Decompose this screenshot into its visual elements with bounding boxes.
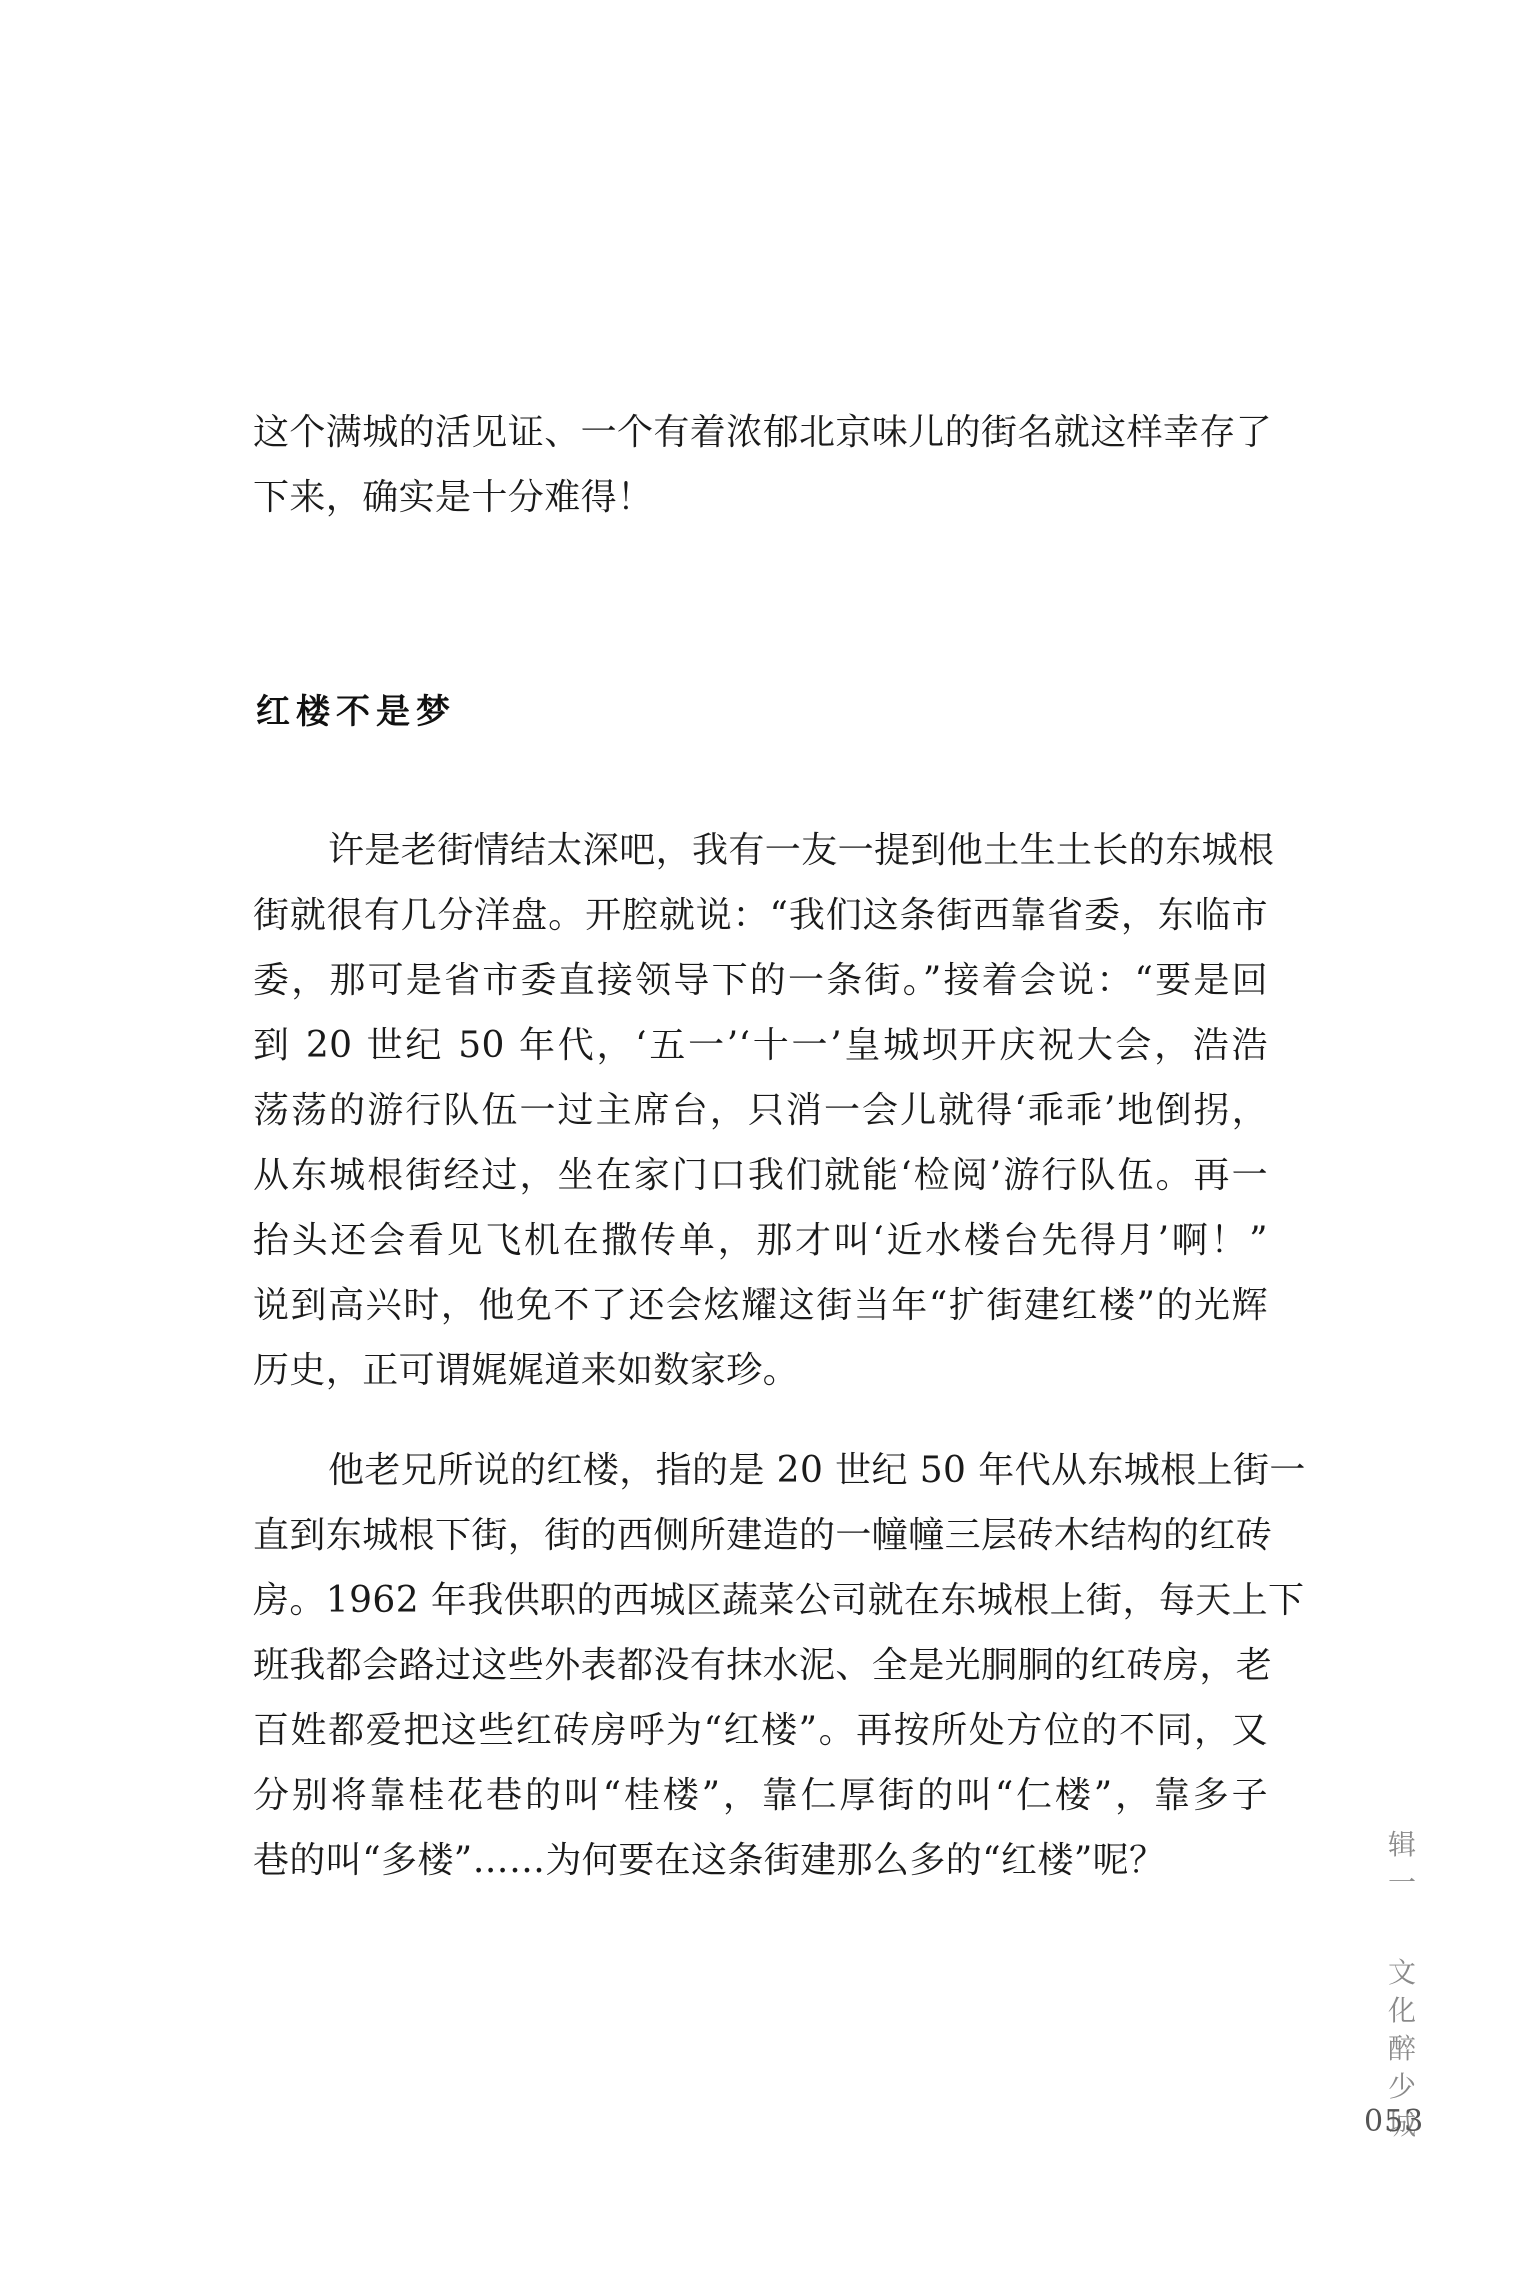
section-heading: 红楼不是梦 (256, 682, 456, 742)
text-line: 分别将靠桂花巷的叫“桂楼”，靠仁厚街的叫“仁楼”，靠多子 (253, 1763, 1268, 1828)
paragraph-2: 他老兄所说的红楼，指的是 20 世纪 50 年代从东城根上街一 直到东城根下街，… (253, 1438, 1268, 1893)
text-line: 荡荡的游行队伍一过主席台，只消一会儿就得‘乖乖’地倒拐， (253, 1078, 1268, 1143)
text-line: 许是老街情结太深吧，我有一友一提到他土生土长的东城根 (253, 818, 1268, 883)
running-head-vertical: 辑 一 文 化 醉 少 城 (1382, 1826, 1422, 2144)
text-line: 这个满城的活见证、一个有着浓郁北京味儿的街名就这样幸存了 (253, 400, 1268, 465)
text-line: 街就很有几分洋盘。开腔就说：“我们这条街西靠省委，东临市 (253, 883, 1268, 948)
running-head-title-char: 少 (1382, 2068, 1422, 2106)
text-line: 直到东城根下街，街的西侧所建造的一幢幢三层砖木结构的红砖 (253, 1503, 1268, 1568)
text-line: 从东城根街经过，坐在家门口我们就能‘检阅’游行队伍。再一 (253, 1143, 1268, 1208)
running-head-title-char: 文 (1382, 1954, 1422, 1992)
text-line: 抬头还会看见飞机在撒传单，那才叫‘近水楼台先得月’啊！” (253, 1208, 1268, 1273)
text-line: 百姓都爱把这些红砖房呼为“红楼”。再按所处方位的不同，又 (253, 1698, 1268, 1763)
running-head-gap (1382, 1902, 1422, 1954)
intro-paragraph-continuation: 这个满城的活见证、一个有着浓郁北京味儿的街名就这样幸存了 下来，确实是十分难得！ (253, 400, 1268, 530)
running-head-title-char: 醉 (1382, 2030, 1422, 2068)
page-number: 053 (1364, 2104, 1424, 2139)
text-line: 到 20 世纪 50 年代，‘五一’‘十一’皇城坝开庆祝大会，浩浩 (253, 1013, 1268, 1078)
running-head-part-char: 辑 (1382, 1826, 1422, 1864)
text-line: 房。1962 年我供职的西城区蔬菜公司就在东城根上街，每天上下 (253, 1568, 1268, 1633)
paragraph-1: 许是老街情结太深吧，我有一友一提到他土生土长的东城根 街就很有几分洋盘。开腔就说… (253, 818, 1268, 1403)
text-line: 说到高兴时，他免不了还会炫耀这街当年“扩街建红楼”的光辉 (253, 1273, 1268, 1338)
text-line: 班我都会路过这些外表都没有抹水泥、全是光胴胴的红砖房，老 (253, 1633, 1268, 1698)
text-line: 委，那可是省市委直接领导下的一条街。”接着会说：“要是回 (253, 948, 1268, 1013)
text-line: 下来，确实是十分难得！ (253, 465, 1268, 530)
text-line: 他老兄所说的红楼，指的是 20 世纪 50 年代从东城根上街一 (253, 1438, 1268, 1503)
book-page: 这个满城的活见证、一个有着浓郁北京味儿的街名就这样幸存了 下来，确实是十分难得！… (0, 0, 1536, 2278)
text-line: 历史，正可谓娓娓道来如数家珍。 (253, 1338, 1268, 1403)
text-line: 巷的叫“多楼”……为何要在这条街建那么多的“红楼”呢？ (253, 1828, 1268, 1893)
running-head-part-char: 一 (1382, 1864, 1422, 1902)
running-head-title-char: 化 (1382, 1992, 1422, 2030)
